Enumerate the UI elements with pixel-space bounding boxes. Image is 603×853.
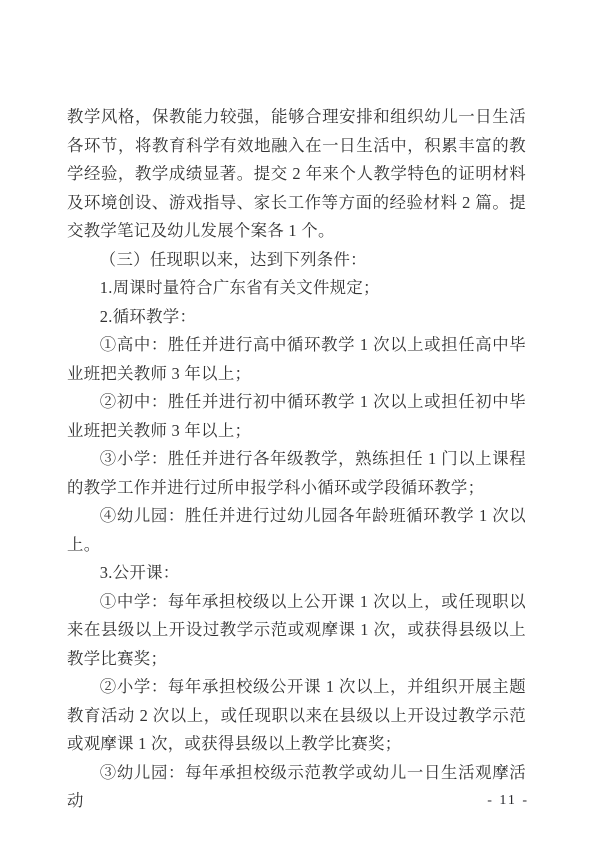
paragraph: （三）任现职以来，达到下列条件： [67, 246, 526, 275]
paragraph: 教学风格，保教能力较强，能够合理安排和组织幼儿一日生活各环节，将教育科学有效地融… [67, 103, 526, 246]
document-body: 教学风格，保教能力较强，能够合理安排和组织幼儿一日生活各环节，将教育科学有效地融… [67, 103, 526, 816]
paragraph: ③小学：胜任并进行各年级教学，熟练担任 1 门以上课程的教学工作并进行过所申报学… [67, 445, 526, 502]
paragraph: ③幼儿园：每年承担校级示范教学或幼儿一日生活观摩活动 [67, 759, 526, 816]
paragraph: ②初中：胜任并进行初中循环教学 1 次以上或担任初中毕业班把关教师 3 年以上； [67, 388, 526, 445]
paragraph: ④幼儿园：胜任并进行过幼儿园各年龄班循环教学 1 次以上。 [67, 502, 526, 559]
document-page: 教学风格，保教能力较强，能够合理安排和组织幼儿一日生活各环节，将教育科学有效地融… [0, 0, 603, 853]
page-number: - 11 - [487, 793, 529, 809]
paragraph: ①中学：每年承担校级以上公开课 1 次以上，或任现职以来在县级以上开设过教学示范… [67, 588, 526, 674]
paragraph: 1.周课时量符合广东省有关文件规定； [67, 274, 526, 303]
paragraph: 2.循环教学： [67, 303, 526, 332]
paragraph: ②小学：每年承担校级公开课 1 次以上，并组织开展主题教育活动 2 次以上，或任… [67, 673, 526, 759]
paragraph: ①高中：胜任并进行高中循环教学 1 次以上或担任高中毕业班把关教师 3 年以上； [67, 331, 526, 388]
paragraph: 3.公开课： [67, 559, 526, 588]
